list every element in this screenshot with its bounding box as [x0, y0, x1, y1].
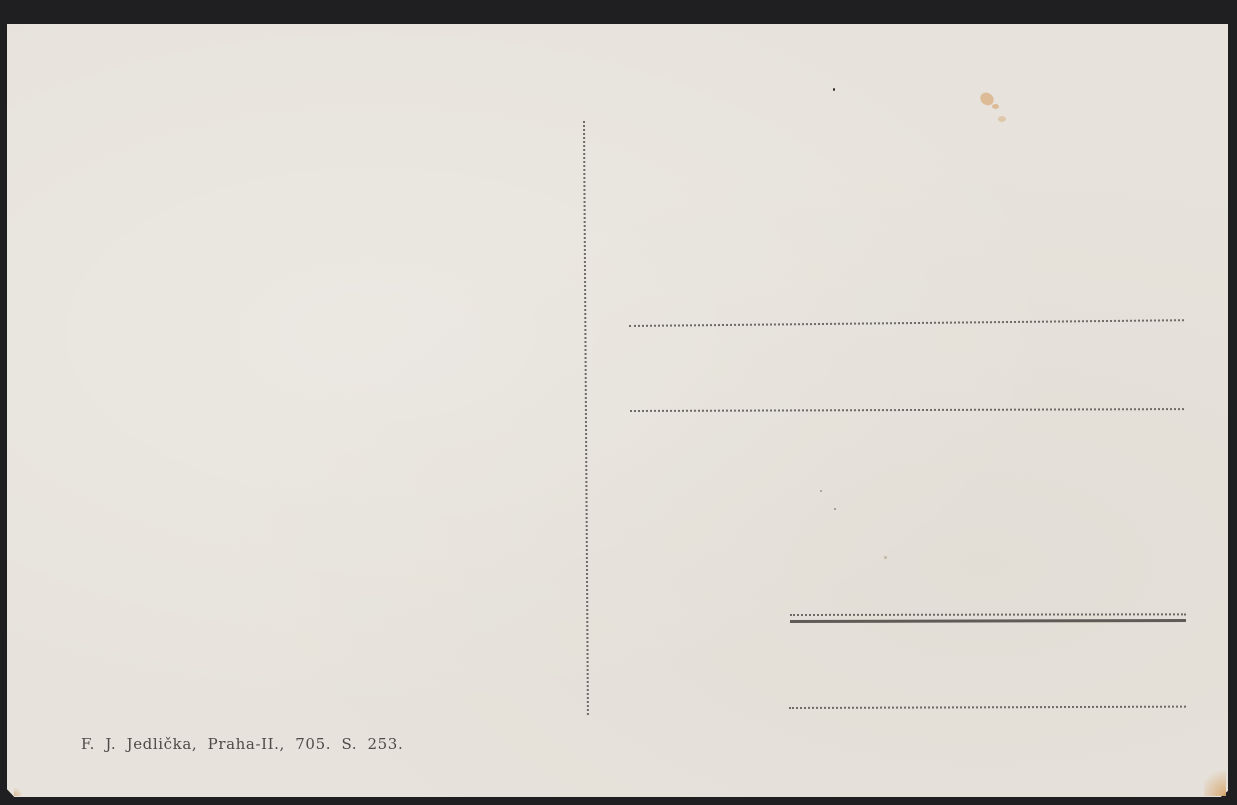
foxing-stain — [992, 104, 999, 109]
paper-speck — [884, 556, 887, 559]
corner-stain — [1204, 770, 1226, 796]
paper-speck — [834, 508, 836, 510]
paper-speck — [833, 88, 835, 91]
foxing-stain — [998, 116, 1006, 122]
paper-speck — [820, 490, 822, 492]
corner-stain — [14, 788, 22, 796]
publisher-imprint: F. J. Jedlička, Praha-II., 705. S. 253. — [81, 735, 403, 753]
